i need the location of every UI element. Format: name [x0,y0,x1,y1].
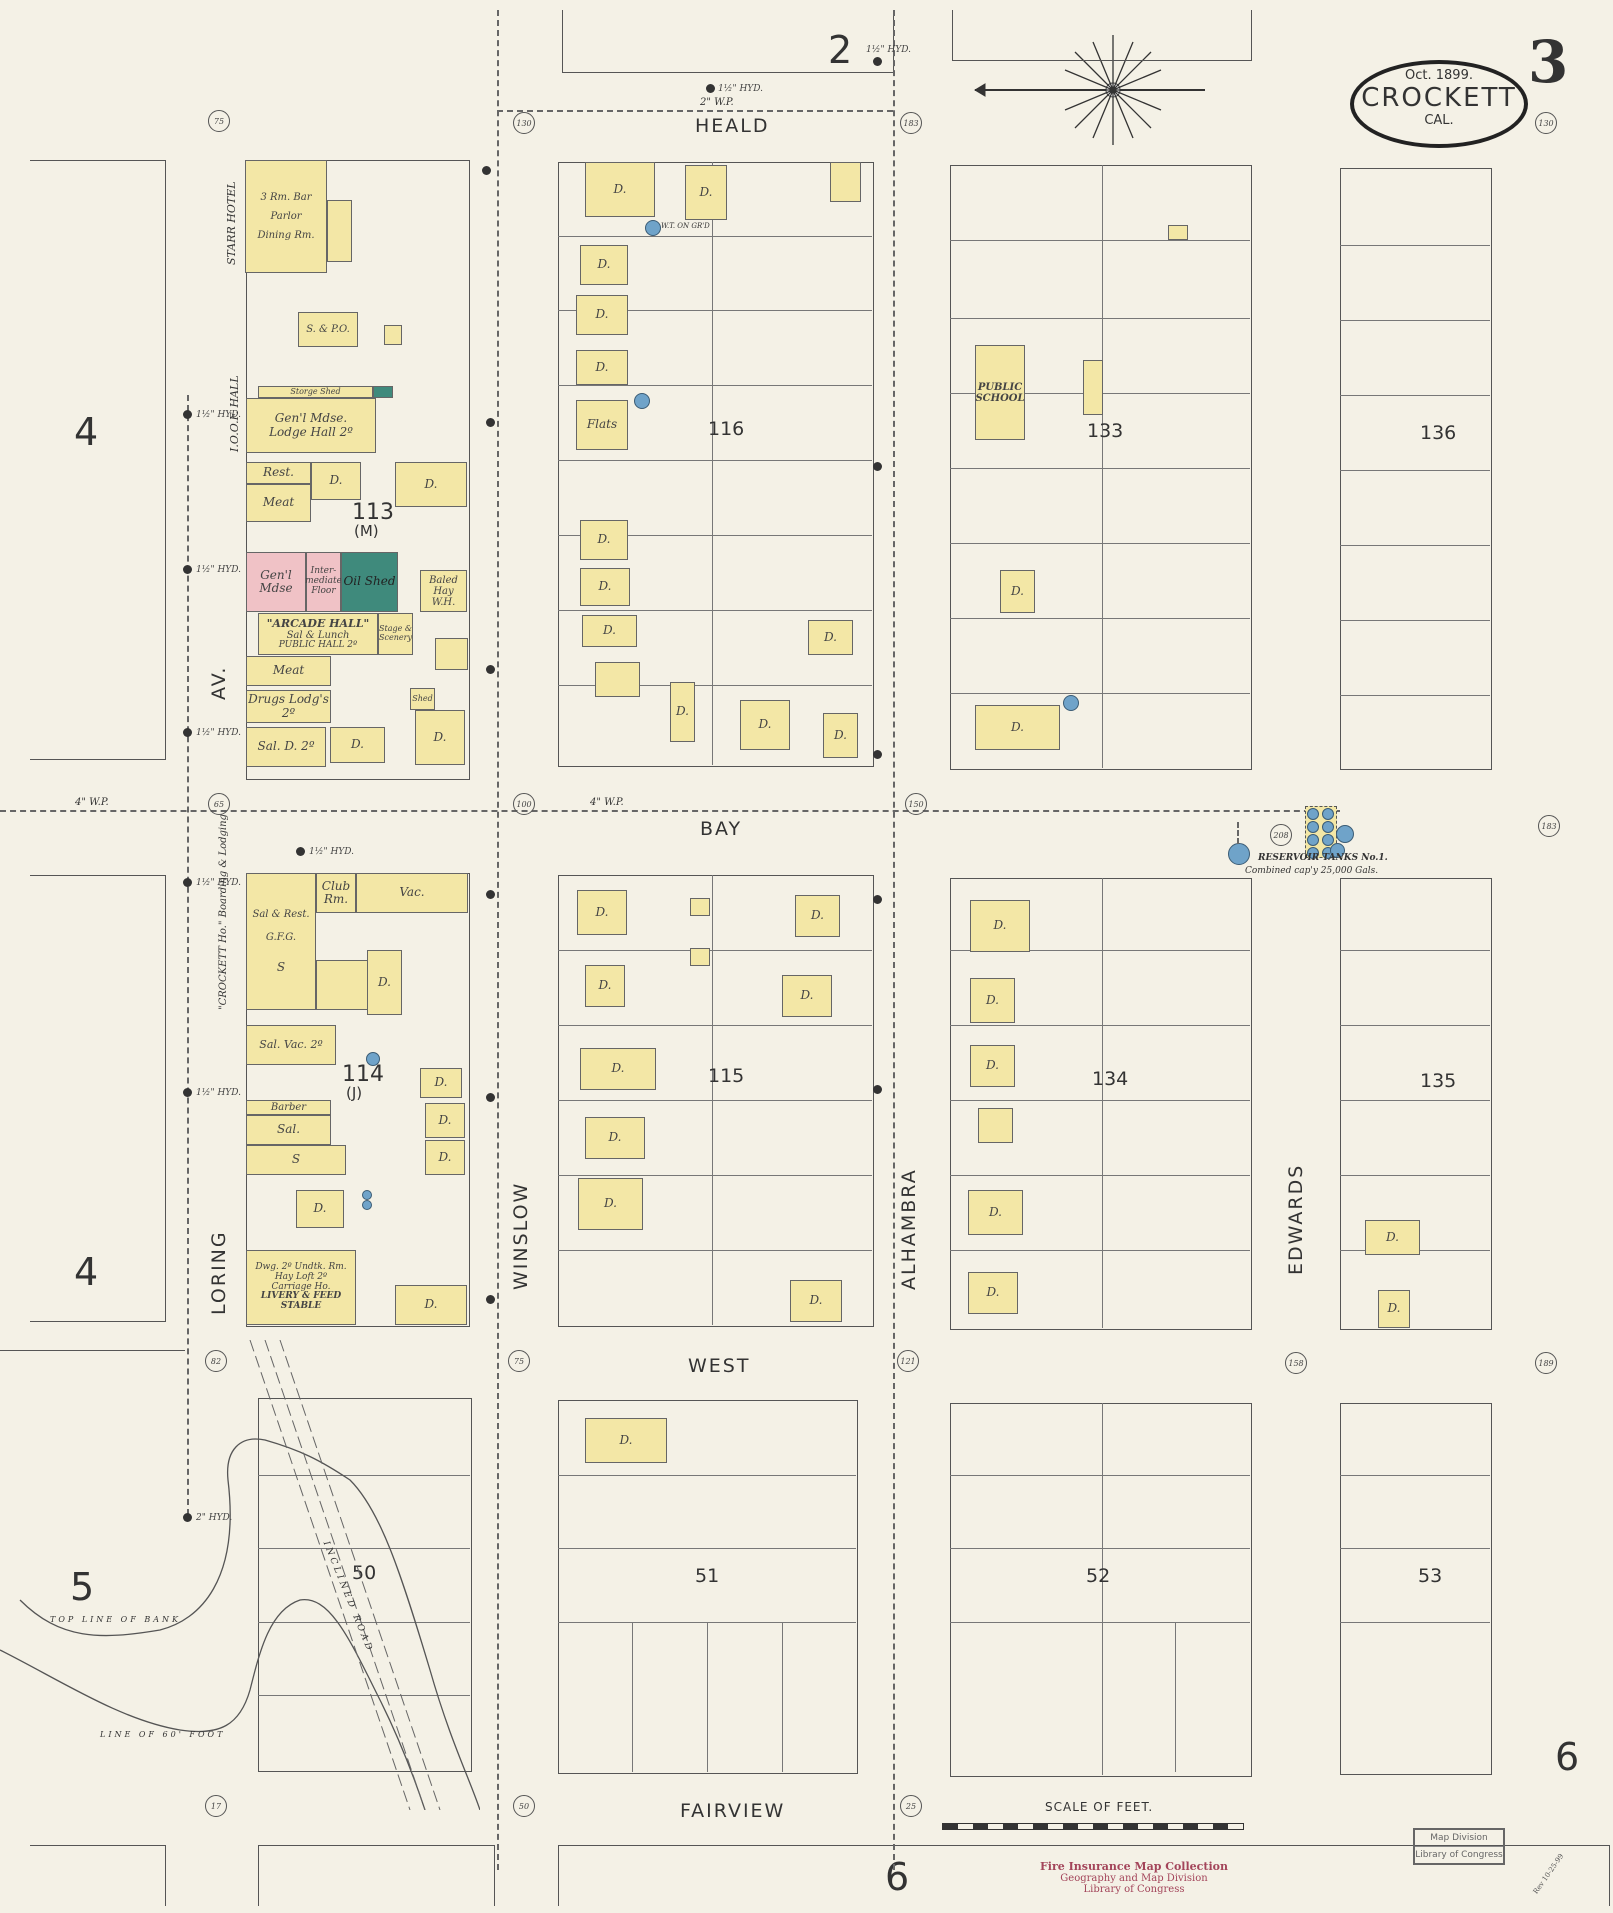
scale-bar [942,1823,1244,1830]
block-number-134: 134 [1092,1068,1128,1090]
building-store [316,960,371,1010]
dwelling-label: D. [1386,1231,1399,1244]
collection-line-2: Geography and Map Division [1040,1873,1228,1884]
building-dwelling: D. [1378,1290,1410,1328]
building-dwelling: D. [576,295,628,335]
building-hen-yard [690,898,710,916]
arcade-hall-label: "ARCADE HALL" [267,618,370,630]
lodge-hall-label: Lodge Hall 2º [269,426,353,439]
street-bay: BAY [700,818,742,840]
building-dwelling: D. [580,1048,656,1090]
water-tank-icon [362,1200,372,1210]
dwelling-label: D. [986,994,999,1007]
hydrant-label: 1½" HYD. [196,565,241,575]
building-dwelling: D. [808,620,853,655]
reservoir-label: RESERVOIR TANKS No.1. [1258,853,1388,863]
water-tank-icon [362,1190,372,1200]
meat-2-label: Meat [273,664,304,677]
lot-line [712,162,713,765]
hydrant-icon [706,84,715,93]
genl-mdse-brick-label: Gen'l Mdse [247,569,305,595]
hydrant-icon [296,847,305,856]
foot-line-label: LINE OF 60' FOOT [100,1730,225,1739]
dwelling-label: D. [603,624,616,637]
dwelling-label: D. [986,1286,999,1299]
building-s: S [246,1145,346,1175]
public-school-label: PUBLIC SCHOOL [975,382,1024,404]
sal-rest-label: Sal & Rest. [252,909,309,920]
shed-label: Shed [412,695,433,704]
s-label: S [292,1153,300,1166]
building-dwelling: D. [580,520,628,560]
state-name: CAL. [1354,113,1524,128]
building-dwelling: D. [415,710,465,765]
sal-vac-label: Sal. Vac. 2º [259,1039,322,1051]
lot-line [1340,695,1490,696]
building-hen-house [690,948,710,966]
sheet-number: 3 [1528,28,1568,96]
dwelling-label: D. [595,906,608,919]
street-loring: LORING [208,1230,230,1315]
gfg-label: G.F.G. [266,932,296,943]
building-dwelling: D. [578,1178,643,1230]
oil-shed-label: Oil Shed [343,575,395,588]
building-dwelling: D. [311,462,361,500]
club-room-label: Club Rm. [317,880,355,906]
lot-line [950,1025,1250,1026]
building-genl-mdse-brick: Gen'l Mdse [246,552,306,612]
hydrant-icon [183,1088,192,1097]
building-livery-stable: Dwg. 2º Undtk. Rm. Hay Loft 2º Carriage … [246,1250,356,1325]
elevation-marker: 121 [897,1350,919,1372]
dwelling-label: D. [595,361,608,374]
lot-line [1340,1475,1490,1476]
dwelling-label: D. [598,580,611,593]
hydrant-icon [486,665,495,674]
lot-line [1340,1025,1490,1026]
water-tank-icon [645,220,661,236]
building-dwelling [595,662,640,697]
building-dwelling: D. [970,978,1015,1023]
hydrant-icon [873,462,882,471]
rest-label: Rest. [263,466,294,479]
starr-parlor-label: Parlor [270,211,301,222]
block-number-113-sub: (M) [354,522,379,540]
building-barber: Barber [246,1100,331,1115]
block-number-135: 135 [1420,1070,1456,1092]
water-pipe-label: 4" W.P. [75,797,109,808]
water-pipe-label: 4" W.P. [590,797,624,808]
lot-line [558,236,872,237]
elevation-marker: 189 [1535,1352,1557,1374]
lot-line [1340,470,1490,471]
building-dwelling: D. [823,713,858,758]
building-dwelling: D. [795,895,840,937]
building-dwelling: D. [1000,570,1035,613]
building-genl-mdse-lodge: Gen'l Mdse. Lodge Hall 2º [246,398,376,453]
building-dwelling: D. [585,162,655,217]
water-pipe-winslow [497,10,499,1870]
dwelling-label: D. [676,705,689,718]
building-dwelling: D. [670,682,695,742]
lot-line [558,1548,856,1549]
lot-line [1340,1548,1490,1549]
building-shed: Shed [410,688,435,710]
topographic-lines [0,1340,480,1810]
building-dwelling: D. [576,350,628,385]
dwelling-label: D. [619,1434,632,1447]
block-number-53: 53 [1418,1565,1442,1587]
lot-line [558,950,872,951]
lot-line [1340,545,1490,546]
building-dwelling: D. [968,1190,1023,1235]
hydrant-icon [486,890,495,899]
dwelling-label: D. [1011,721,1024,734]
map-date: Oct. 1899. [1354,68,1524,83]
dwelling-label: D. [809,1294,822,1307]
hydrant-label: 1½" HYD. [718,84,763,94]
street-alhambra: ALHAMBRA [898,1168,920,1290]
dwelling-label: D. [611,1062,624,1075]
starr-hotel-label: STARR HOTEL [225,181,238,265]
meat-label: Meat [263,496,294,509]
flats-label: Flats [587,418,617,431]
dwelling-label: D. [800,989,813,1002]
lot-line [950,1622,1250,1623]
dwelling-label: D. [613,183,626,196]
building-dwelling: D. [420,1068,462,1098]
sal-lunch-label: Sal & Lunch [287,630,350,641]
public-hall-label: PUBLIC HALL 2º [279,641,358,651]
lot-line [950,318,1250,319]
building-dwelling: D. [585,965,625,1007]
building-dwelling: D. [585,1418,667,1463]
lot-line [1340,245,1490,246]
dwelling-label: D. [699,186,712,199]
sal-label: Sal. [277,1123,300,1136]
lot-line [1102,165,1103,768]
building-drugs: Drugs Lodg's 2º [246,690,331,723]
building-vacant: Vac. [356,873,468,913]
sal-d2-label: Sal. D. 2º [258,740,315,753]
map-division-label: Map Division [1415,1830,1503,1847]
stage-scenery-label: Stage & Scenery [379,625,412,643]
elevation-marker: 25 [900,1795,922,1817]
lot-line [950,1475,1250,1476]
tank-icon [1307,808,1319,820]
collection-line-1: Fire Insurance Map Collection [1040,1860,1228,1873]
lot-line [558,610,872,611]
neighbor-block [258,1845,495,1906]
lot-line [632,1622,633,1772]
lot-line [950,618,1250,619]
lot-line [558,460,872,461]
crockett-house-label: "CROCKETT Ho." Boarding & Lodging [218,814,229,1010]
building-shed-x [435,638,468,670]
block-number-115: 115 [708,1065,744,1087]
dwelling-label: D. [438,1151,451,1164]
lot-line [950,1548,1250,1549]
collection-stamp: Fire Insurance Map Collection Geography … [1040,1860,1228,1895]
elevation-marker: 158 [1285,1352,1307,1374]
hydrant-icon [486,1295,495,1304]
building-sal-d2: Sal. D. 2º [246,727,326,767]
building-dwelling: D. [577,890,627,935]
building-rest: Rest. [246,462,311,484]
building-dwelling: D. [582,615,637,647]
building-dwelling: D. [330,727,385,763]
building-arcade-hall: "ARCADE HALL" Sal & Lunch PUBLIC HALL 2º [258,613,378,655]
lot-line [558,1175,872,1176]
elevation-marker: 100 [513,793,535,815]
tank-icon [1322,808,1334,820]
lot-line [950,1100,1250,1101]
building-dwelling: D. [1365,1220,1420,1255]
vacant-label: Vac. [399,886,424,899]
building-outbuilding [1083,360,1103,415]
lot-line [558,1025,872,1026]
hydrant-icon [486,418,495,427]
block-number-51: 51 [695,1565,719,1587]
block-53 [1340,1403,1492,1775]
water-pipe-bay [0,810,1340,812]
building-dwelling: D. [296,1190,344,1228]
street-heald: HEALD [695,115,770,137]
dwelling-label: D. [329,474,342,487]
building-dwelling: D. [367,950,402,1015]
top-line-of-bank-label: TOP LINE OF BANK [50,1615,181,1624]
reservoir-capacity: Combined cap'y 25,000 Gals. [1245,866,1378,876]
neighbor-block [562,10,894,73]
lot-line [712,875,713,1325]
dwelling-label: D. [604,1197,617,1210]
street-loring-av: AV. [208,666,230,700]
lot-line [558,1475,856,1476]
lot-line [950,240,1250,241]
dwelling-label: D. [758,718,771,731]
reservoir-tank-icon [1228,843,1250,865]
building-storage-shed: Storge Shed [258,386,373,398]
title-cartouche: Oct. 1899. CROCKETT CAL. [1350,60,1528,148]
building-dwelling: D. [425,1103,465,1138]
lot-line [1102,878,1103,1328]
neighbor-block [952,10,1252,61]
lot-line [558,385,872,386]
lot-line [950,1175,1250,1176]
building-meat-2: Meat [246,656,331,686]
starr-dining-label: Dining Rm. [257,230,314,241]
elevation-marker: 130 [513,112,535,134]
building-club-room: Club Rm. [316,873,356,913]
building-dwelling: D. [975,705,1060,750]
genl-mdse-label: Gen'l Mdse. [275,412,347,425]
lot-line [558,1250,872,1251]
dwelling-label: D. [986,1059,999,1072]
tank-icon [1307,834,1319,846]
tank-icon [1322,821,1334,833]
building-dwelling: D. [425,1140,465,1175]
hydrant-icon [183,410,192,419]
lot-line [1175,1622,1176,1772]
street-fairview: FAIRVIEW [680,1800,785,1822]
elevation-marker: 208 [1270,824,1292,846]
hydrant-label: 1½" HYD. [309,847,354,857]
neighbor-block [30,875,166,1322]
building-flats: Flats [576,400,628,450]
hydrant-icon [873,895,882,904]
dwelling-label: D. [834,729,847,742]
lot-line [558,1100,872,1101]
building-dwelling: D. [580,245,628,285]
lot-line [1340,395,1490,396]
block-136 [1340,168,1492,770]
hydrant-icon [873,57,882,66]
library-label: Library of Congress [1415,1847,1503,1863]
street-winslow: WINSLOW [510,1182,532,1290]
building-dwelling: D. [740,700,790,750]
building-dwelling: D. [970,900,1030,952]
lot-line [1340,1622,1490,1623]
lot-line [950,693,1250,694]
building-dwelling: D. [782,975,832,1017]
hydrant-icon [873,750,882,759]
building-baled-hay: Baled Hay W.H. [420,570,467,612]
elevation-marker: 150 [905,793,927,815]
building-dwelling: D. [968,1272,1018,1314]
building-dwelling: D. [790,1280,842,1322]
block-number-116: 116 [708,418,744,440]
dwelling-label: D. [424,478,437,491]
barber-label: Barber [271,1102,306,1113]
adjacent-sheet-right-lower: 6 [1555,1735,1579,1779]
building-oil-shed-small [373,386,393,398]
hydrant-icon [183,565,192,574]
building-dwelling: D. [970,1045,1015,1087]
building-public-school: PUBLIC SCHOOL [975,345,1025,440]
dwelling-label: D. [811,909,824,922]
block-52 [950,1403,1252,1777]
s-label: S [277,961,285,974]
building-dwelling: D. [395,462,467,507]
dwelling-label: D. [438,1114,451,1127]
collection-line-3: Library of Congress [1040,1884,1228,1895]
lot-line [950,1250,1250,1251]
dwelling-label: D. [608,1131,621,1144]
lot-line [950,543,1250,544]
elevation-marker: 183 [900,112,922,134]
building-intermediate-floor: Inter-mediate Floor [306,552,341,612]
elevation-marker: 183 [1538,815,1560,837]
block-115 [558,875,874,1327]
building-starr-hotel: 3 Rm. Bar Parlor Dining Rm. [245,160,327,273]
water-pipe-heald [497,110,893,112]
dwelling-label: D. [598,979,611,992]
water-tank-icon [366,1052,380,1066]
dwelling-label: D. [993,919,1006,932]
lot-line [1340,1175,1490,1176]
block-135 [1340,878,1492,1330]
building-sal-vac: Sal. Vac. 2º [246,1025,336,1065]
hydrant-label: 1½" HYD. [196,1088,241,1098]
map-division-stamp: Map Division Library of Congress [1413,1828,1505,1865]
dwelling-label: D. [434,1076,447,1089]
dwelling-label: D. [313,1202,326,1215]
baled-hay-label: Baled Hay W.H. [421,575,466,608]
dwelling-label: D. [1011,585,1024,598]
building-dwelling: D. [585,1117,645,1159]
building-shed-x [830,162,861,202]
elevation-marker: 130 [1535,112,1557,134]
lot-line [1340,950,1490,951]
hydrant-icon [873,1085,882,1094]
dwelling-label: D. [351,738,364,751]
elevation-marker: 65 [208,793,230,815]
dwelling-label: D. [989,1206,1002,1219]
building-stage-scenery: Stage & Scenery [378,613,413,655]
elevation-marker: 50 [513,1795,535,1817]
building-meat: Meat [246,484,311,522]
lot-line [1340,620,1490,621]
livery-label: LIVERY & FEED STABLE [247,1292,355,1312]
neighbor-block [30,160,166,760]
building-dwelling: D. [580,568,630,606]
elevation-marker: 75 [508,1350,530,1372]
dwelling-label: D. [433,731,446,744]
dwelling-label: D. [424,1298,437,1311]
storage-shed-label: Storge Shed [290,388,340,397]
dwelling-label: D. [824,631,837,644]
building-shed-x [384,325,402,345]
neighbor-block [30,1845,166,1906]
building-s-po: S. & P.O. [298,312,358,347]
water-pipe-alhambra [893,10,895,1870]
block-number-133: 133 [1087,420,1123,442]
water-tank-label: W.T. ON GR'D [661,222,710,230]
lot-line [950,468,1250,469]
street-west: WEST [688,1355,750,1377]
hydrant-icon [486,1093,495,1102]
dwelling-label: D. [378,976,391,989]
reservoir-tank-icon [1336,825,1354,843]
elevation-marker: 75 [208,110,230,132]
dwelling-label: D. [595,308,608,321]
hydrant-icon [482,166,491,175]
building-outbuilding [1168,225,1188,240]
building-crockett-house: Sal & Rest. G.F.G. S [246,873,316,1010]
building-outbuilding [327,200,352,262]
block-number-114-sub: (J) [346,1084,362,1102]
tank-icon [1307,821,1319,833]
lot-line [782,1622,783,1772]
hydrant-icon [183,878,192,887]
scale-title: SCALE OF FEET. [1045,1800,1153,1814]
dwelling-label: D. [597,533,610,546]
ioof-hall-label: I.O.O.F. HALL [228,375,241,452]
building-dwelling: D. [395,1285,467,1325]
lot-line [1340,1100,1490,1101]
hydrant-icon [183,728,192,737]
building-dwelling [978,1108,1013,1143]
block-number-52: 52 [1086,1565,1110,1587]
water-pipe-label: 2" W.P. [700,97,734,108]
water-tank-icon [634,393,650,409]
lot-line [707,1622,708,1772]
hydrant-label: 1½" HYD. [196,728,241,738]
building-sal: Sal. [246,1115,331,1145]
starr-bar-label: 3 Rm. Bar [260,192,311,203]
water-pipe-reservoir [1237,822,1239,844]
water-tank-icon [1063,695,1079,711]
